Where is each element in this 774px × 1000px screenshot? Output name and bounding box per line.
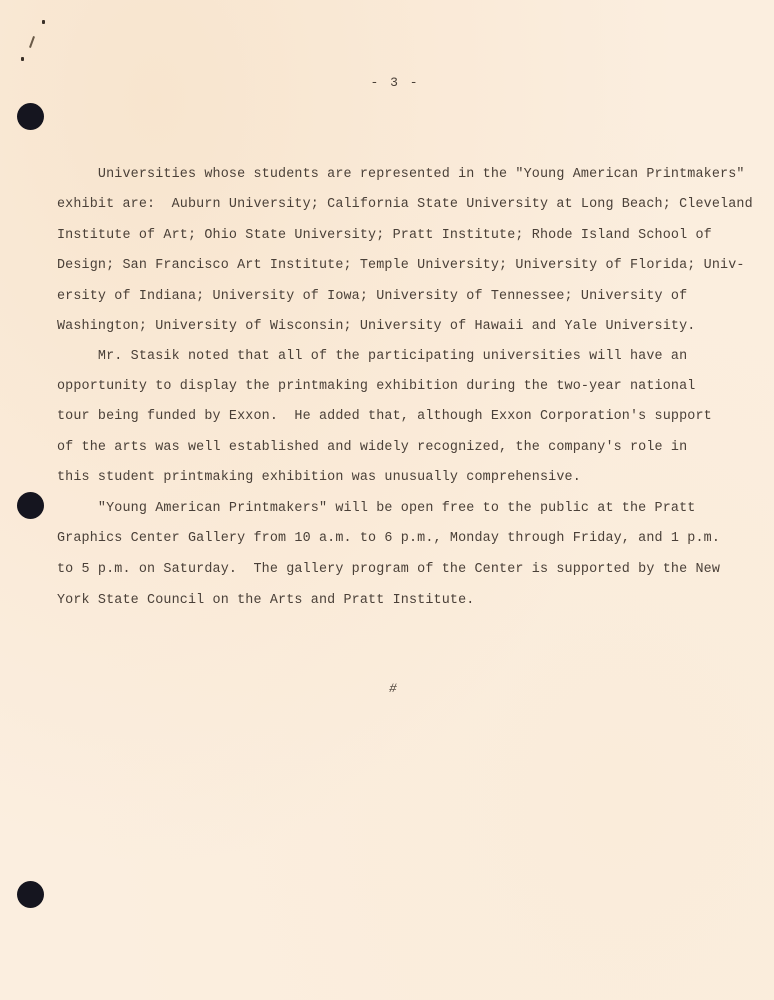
text-line: exhibit are: Auburn University; Californ… xyxy=(57,197,753,213)
text-line: ersity of Indiana; University of Iowa; U… xyxy=(57,289,687,305)
text-line: "Young American Printmakers" will be ope… xyxy=(57,501,695,517)
text-line: to 5 p.m. on Saturday. The gallery progr… xyxy=(57,562,720,578)
text-line: this student printmaking exhibition was … xyxy=(57,470,581,486)
text-line: tour being funded by Exxon. He added tha… xyxy=(57,409,712,425)
text-line: of the arts was well established and wid… xyxy=(57,440,687,456)
stray-mark-dot-top xyxy=(42,20,45,24)
stray-mark-dot-bottom xyxy=(21,57,24,61)
page-number: - 3 - xyxy=(0,75,774,90)
text-line: Institute of Art; Ohio State University;… xyxy=(57,228,712,244)
document-page: - 3 - Universities whose students are re… xyxy=(0,0,774,1000)
punch-hole-middle xyxy=(17,492,44,519)
text-line: Graphics Center Gallery from 10 a.m. to … xyxy=(57,531,720,547)
stray-mark-stroke xyxy=(29,36,35,48)
text-line: Washington; University of Wisconsin; Uni… xyxy=(57,319,695,335)
text-line: Universities whose students are represen… xyxy=(57,167,745,183)
punch-hole-top xyxy=(17,103,44,130)
punch-hole-bottom xyxy=(17,881,44,908)
text-line: Mr. Stasik noted that all of the partici… xyxy=(57,349,687,365)
text-line: opportunity to display the printmaking e… xyxy=(57,379,695,395)
end-of-release-mark: # xyxy=(389,681,397,696)
text-line: Design; San Francisco Art Institute; Tem… xyxy=(57,258,745,274)
text-line: York State Council on the Arts and Pratt… xyxy=(57,593,474,609)
